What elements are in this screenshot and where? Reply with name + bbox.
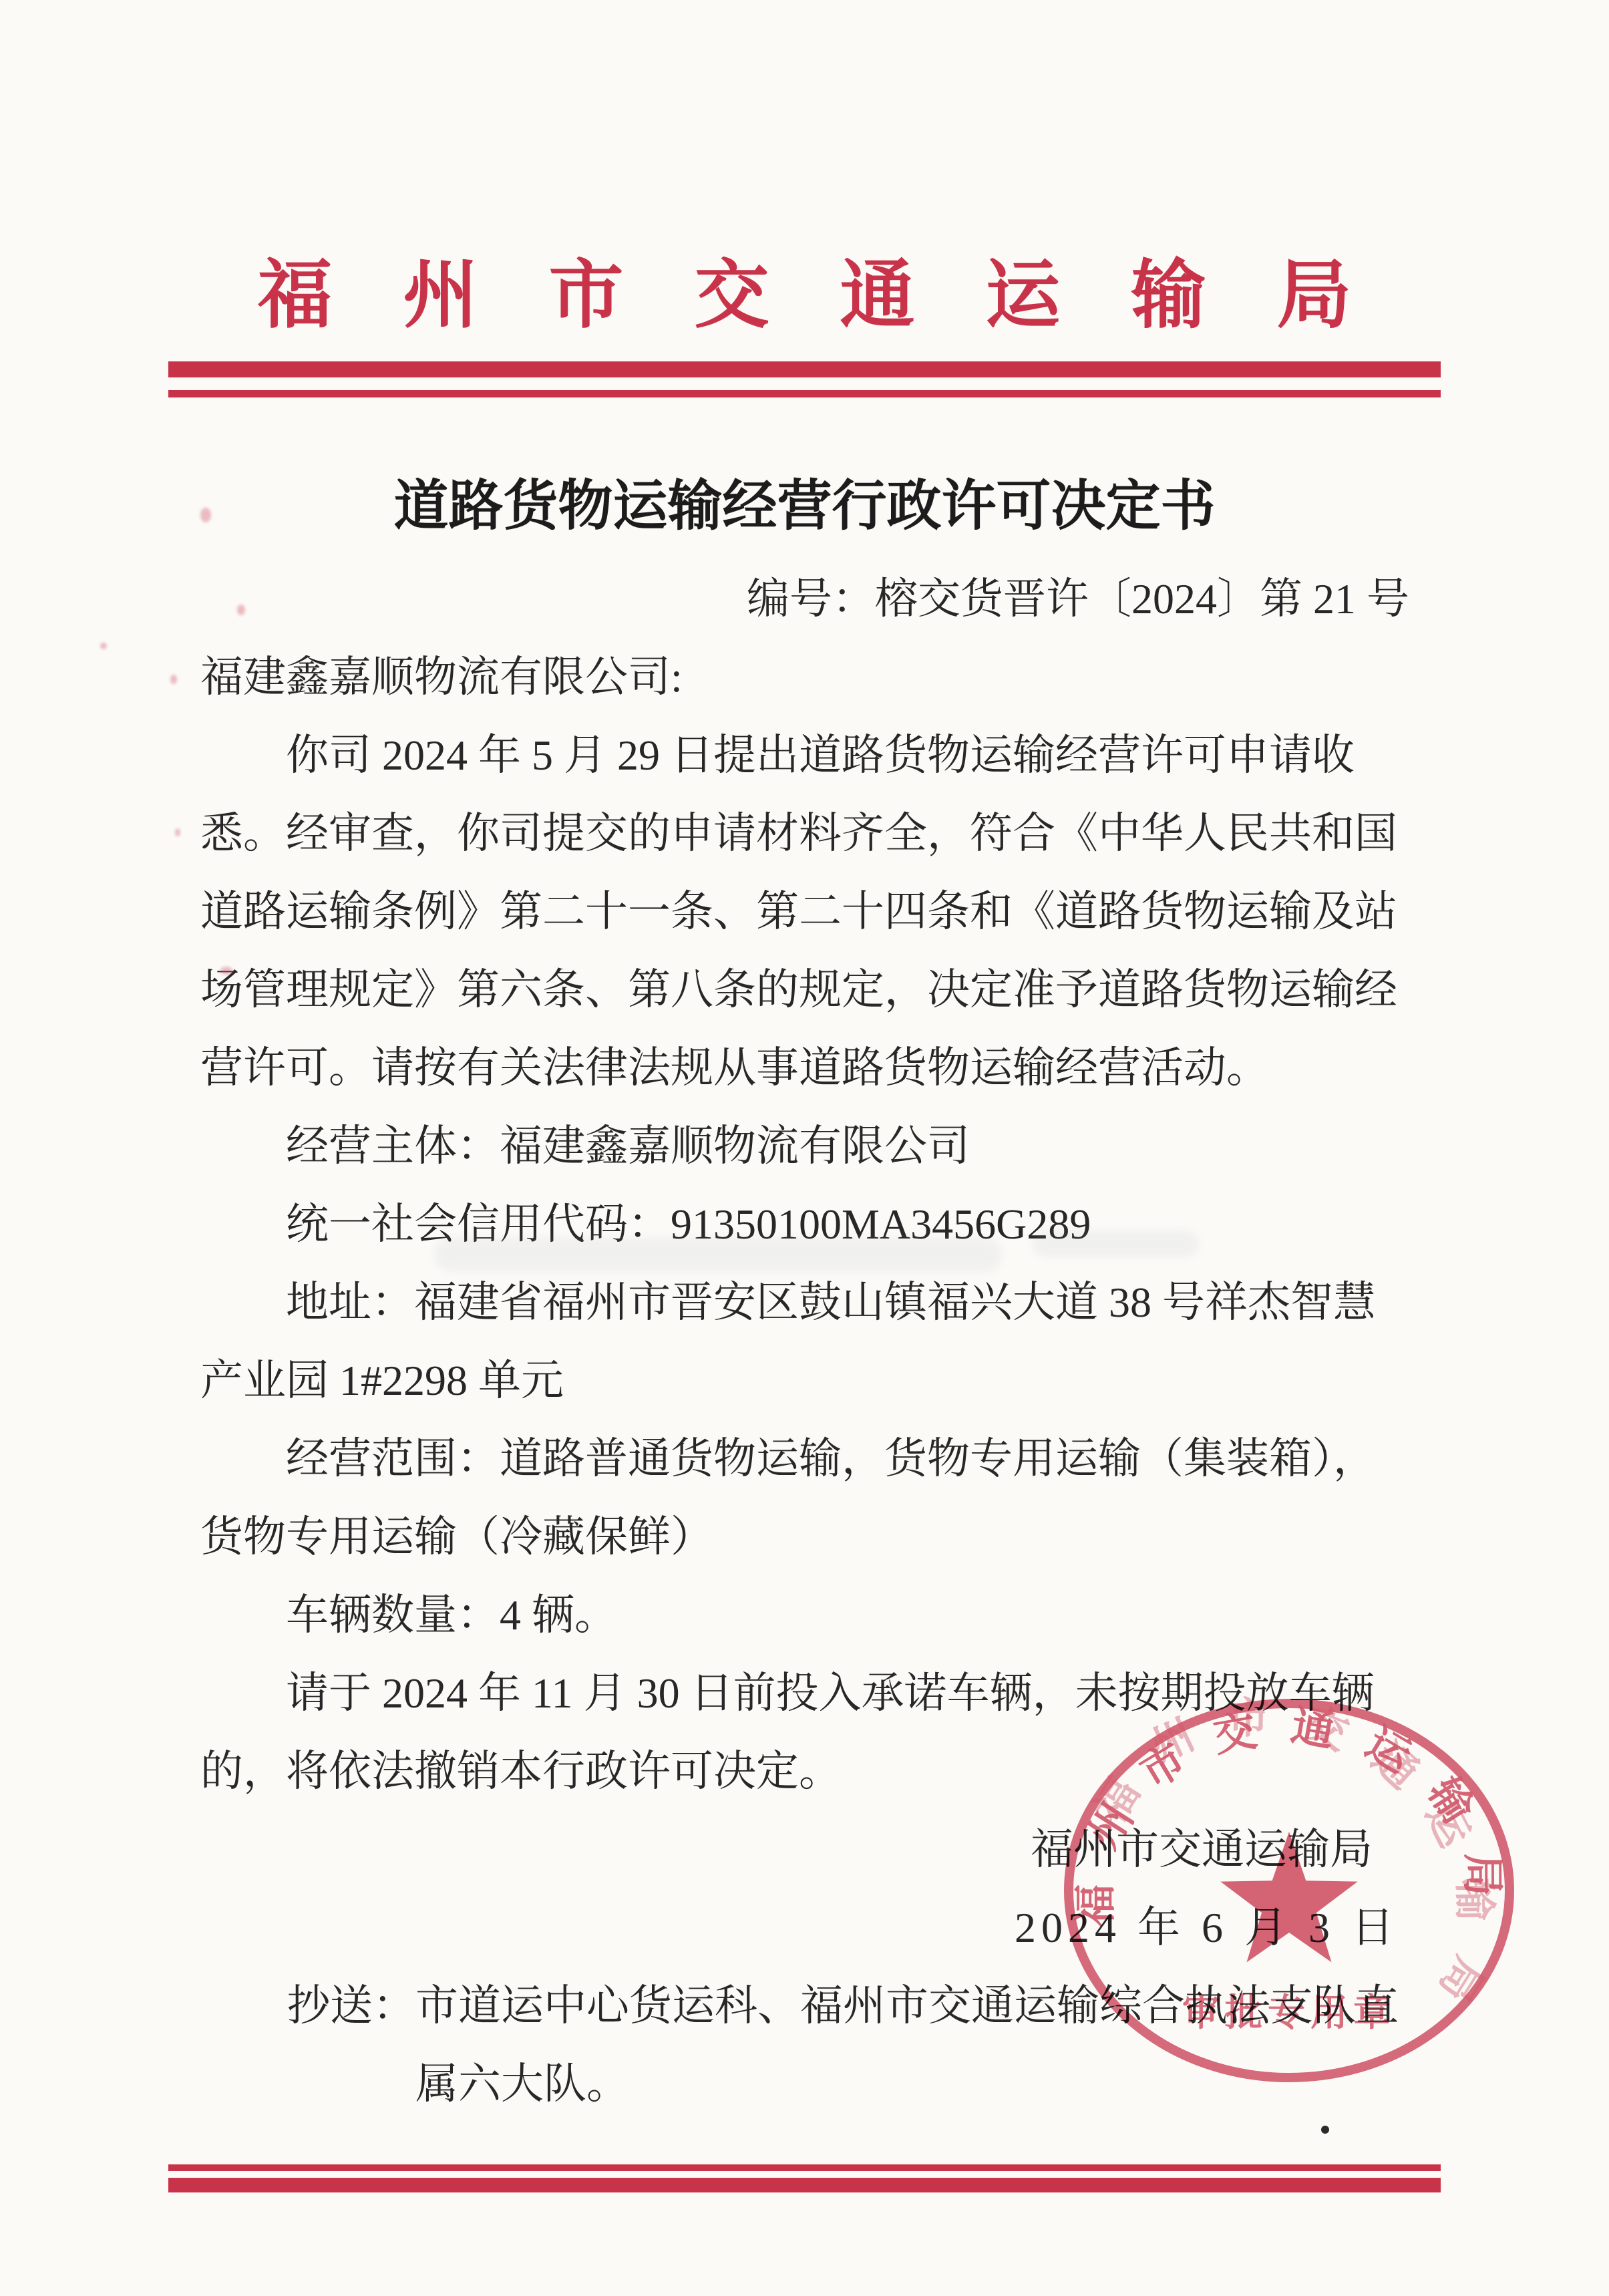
recipient-line: 福建鑫嘉顺物流有限公司: [200, 638, 1409, 716]
body-line-operator: 经营主体：福建鑫嘉顺物流有限公司 [200, 1107, 1409, 1185]
body-line: 道路运输条例》第二十一条、第二十四条和《道路货物运输及站 [200, 872, 1409, 951]
letterhead-rule-thin [168, 390, 1441, 397]
ink-speck [220, 967, 232, 975]
ink-speck [200, 508, 211, 522]
letterhead-rule-thick [168, 361, 1441, 377]
svg-text:福州市交通运输局: 福州市交通运输局 [1085, 1683, 1530, 2037]
agency-letterhead: 福州市交通运输局 [0, 253, 1609, 339]
document-number: 编号：榕交货晋许〔2024〕第 21 号 [200, 560, 1409, 638]
ink-speck [100, 643, 107, 649]
ink-speck [237, 605, 245, 615]
body-line-vehicle-count: 车辆数量：4 辆。 [200, 1576, 1409, 1654]
footer-rule-thin [168, 2164, 1441, 2171]
body-line-address-cont: 产业园 1#2298 单元 [200, 1341, 1409, 1420]
seal-star-icon [1220, 1832, 1357, 1962]
body-line-address: 地址：福建省福州市晋安区鼓山镇福兴大道 38 号祥杰智慧 [200, 1263, 1409, 1341]
seal-ghost-impression: 福州市交通运输局 [1085, 1683, 1530, 2037]
body-line-business-scope-cont: 货物专用运输（冷藏保鲜） [200, 1498, 1409, 1576]
body-line: 场管理规定》第六条、第八条的规定，决定准予道路货物运输经 [200, 951, 1409, 1029]
body-line: 悉。经审查，你司提交的申请材料齐全，符合《中华人民共和国 [200, 794, 1409, 872]
body-line-business-scope: 经营范围：道路普通货物运输，货物专用运输（集装箱）， [200, 1420, 1409, 1498]
seal-bottom-text: 审批专用章 [1182, 1993, 1396, 2034]
document-title: 道路货物运输经营行政许可决定书 [0, 468, 1609, 544]
official-seal: 福州市交通运输局 福州市交通运输局 审批专用章 [1049, 1683, 1530, 2111]
footer-rule-thick [168, 2178, 1441, 2192]
license-decision-document: 福州市交通运输局 道路货物运输经营行政许可决定书 编号：榕交货晋许〔2024〕第… [0, 0, 1609, 2296]
body-line: 你司 2024 年 5 月 29 日提出道路货物运输经营许可申请收 [200, 716, 1409, 794]
bleed-through-smudge [1032, 1231, 1199, 1257]
body-line: 营许可。请按有关法律法规从事道路货物运输经营活动。 [200, 1029, 1409, 1107]
bleed-through-smudge [434, 1237, 1002, 1272]
ink-speck [170, 675, 177, 684]
ink-speck-black [1321, 2126, 1329, 2134]
ink-speck [175, 828, 180, 836]
